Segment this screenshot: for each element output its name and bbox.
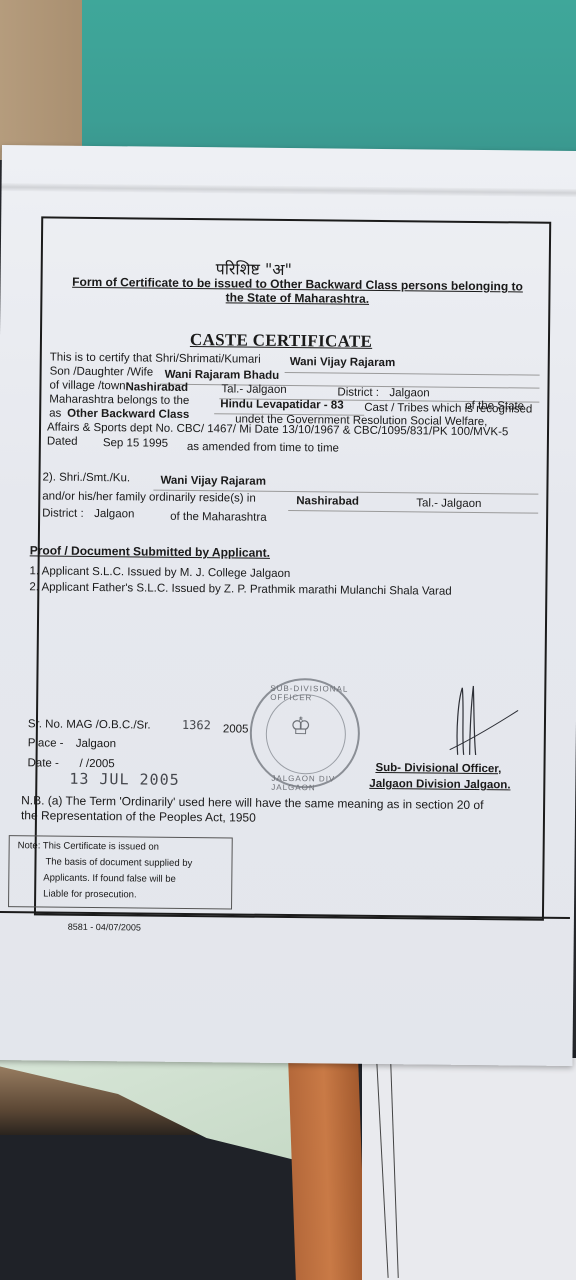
category-value: Other Backward Class <box>67 408 189 421</box>
national-emblem-icon: ♔ <box>290 712 312 741</box>
relation-label: Son /Daughter /Wife <box>50 366 154 379</box>
para2-name: Wani Vijay Rajaram <box>160 475 266 488</box>
note-line: Liable for prosecution. <box>43 888 137 900</box>
district-value: Jalgaon <box>389 387 429 399</box>
applicant-name: Wani Vijay Rajaram <box>290 356 396 369</box>
village-label: of village /town <box>49 380 125 393</box>
date-label: Date - <box>27 757 58 769</box>
belongs-label: Maharashtra belongs to the <box>49 394 189 407</box>
dated-value: Sep 15 1995 <box>103 437 168 450</box>
officer-title: Sub- Divisional Officer, <box>375 762 501 775</box>
date-blank: / /2005 <box>79 758 114 770</box>
village-value: Nashirabad <box>125 381 188 394</box>
certificate-sheet: परिशिष्ट "अ" Form of Certificate to be i… <box>0 145 576 1066</box>
amended-text: as amended from time to time <box>187 441 339 455</box>
note-line: Applicants. If found false will be <box>43 872 176 884</box>
note-line: Note: This Certificate is issued on <box>18 840 159 852</box>
seal-text-bottom: JALGAON DIV JALGAON <box>271 774 357 793</box>
certificate-title: CASTE CERTIFICATE <box>190 330 372 352</box>
drawing-line <box>376 1063 388 1278</box>
reside-state: of the Maharashtra <box>170 511 267 524</box>
paper-fold <box>2 183 576 197</box>
wooden-frame-edge <box>288 1060 366 1280</box>
date-stamp: 13 JUL 2005 <box>69 770 180 789</box>
drawing-line <box>390 1063 399 1278</box>
note-line: The basis of document supplied by <box>45 856 192 869</box>
place-label: Place - <box>28 737 64 749</box>
sr-no-year: 2005 <box>223 723 249 735</box>
reside-place: Nashirabad <box>296 495 359 508</box>
line-drawing-sheet <box>362 1058 576 1280</box>
form-title: Form of Certificate to be issued to Othe… <box>62 275 532 308</box>
reside-label: and/or his/her family ordinarily reside(… <box>42 490 256 504</box>
reside-district-label: District : <box>42 507 84 519</box>
sr-no-handwritten: 1362 <box>182 718 211 732</box>
para2-label: 2). Shri./Smt./Ku. <box>42 471 130 484</box>
district-label: District : <box>337 387 379 399</box>
certify-intro: This is to certify that Shri/Shrimati/Ku… <box>50 352 261 366</box>
wood-surface <box>0 0 90 160</box>
note-box: Note: This Certificate is issued on The … <box>8 835 233 909</box>
print-reference: 8581 - 04/07/2005 <box>68 922 141 933</box>
official-seal: ♔ SUB-DIVISIONAL OFFICER JALGAON DIV JAL… <box>249 678 360 789</box>
caste-suffix: Cast / Tribes which is recognised <box>364 402 532 416</box>
taluka-label: Tal.- Jalgaon <box>221 383 286 396</box>
nb-line-2: the Representation of the Peoples Act, 1… <box>21 808 256 824</box>
proof-heading: Proof / Document Submitted by Applicant. <box>30 543 270 560</box>
sr-no-label: Sr. No. MAG /O.B.C./Sr. <box>28 718 151 731</box>
officer-division: Jalgaon Division Jalgaon. <box>369 778 510 791</box>
reside-taluka: Tal.- Jalgaon <box>416 497 481 510</box>
officer-signature <box>440 680 521 761</box>
caste-value: Hindu Levapatidar - 83 <box>220 398 343 411</box>
reside-district: Jalgaon <box>94 508 134 520</box>
place-value: Jalgaon <box>76 738 116 750</box>
category-prefix: as <box>49 408 61 420</box>
dated-label: Dated <box>47 435 78 447</box>
parent-name: Wani Rajaram Bhadu <box>165 369 280 382</box>
seal-text-top: SUB-DIVISIONAL OFFICER <box>270 684 358 703</box>
